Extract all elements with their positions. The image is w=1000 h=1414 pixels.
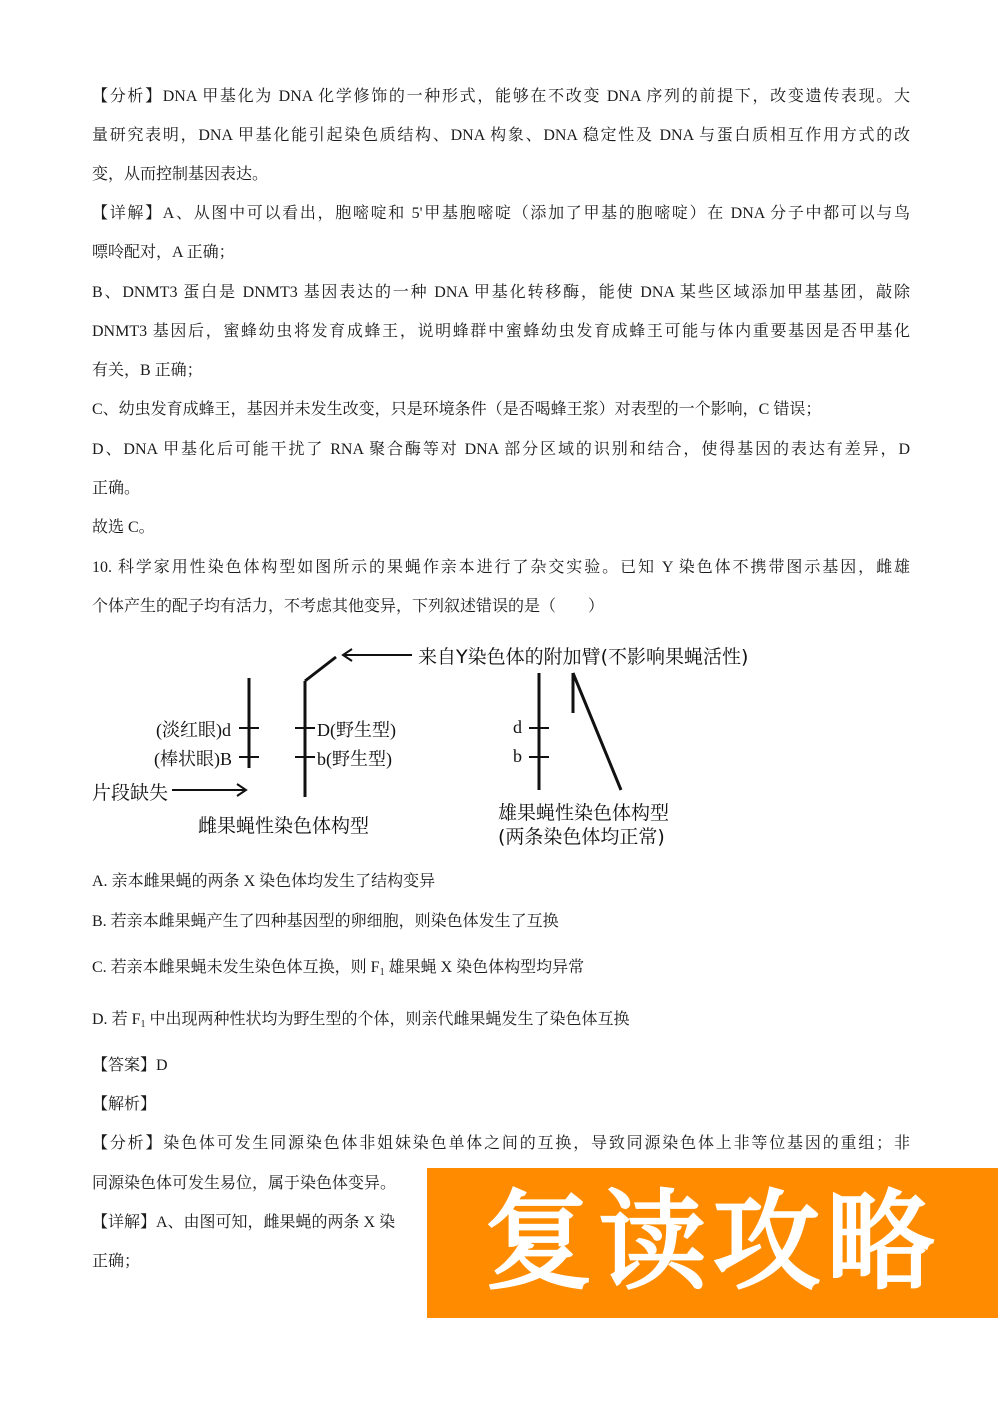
option-d-label: D.: [92, 1011, 108, 1028]
option-c-text-before: 若亲本雌果蝇未发生染色体互换，则 F: [111, 959, 380, 976]
option-c-label: C.: [92, 959, 107, 976]
watermark-banner: 复读攻略: [427, 1168, 998, 1318]
male-caption-note: (两条染色体均正常): [498, 822, 665, 849]
chromosome-lines: [0, 0, 1000, 860]
gene-label-b-wild: b(野生型): [317, 745, 392, 771]
option-d-text-before: 若 F: [112, 1011, 141, 1028]
gene-label-B-bar: (棒状眼)B: [154, 745, 232, 771]
male-gene-d: d: [513, 717, 522, 738]
male-gene-b: b: [513, 746, 522, 767]
gene-label-D-wild: D(野生型): [317, 716, 396, 742]
option-c[interactable]: C. 若亲本雌果蝇未发生染色体互换，则 F1 雄果蝇 X 染色体构型均异常: [92, 958, 584, 983]
option-d-text-after: 中出现两种性状均为野生型的个体，则亲代雌果蝇发生了染色体互换: [145, 1011, 629, 1028]
y-arm-label: 来自Y染色体的附加臂(不影响果蝇活性): [418, 642, 748, 669]
male-caption: 雄果蝇性染色体构型: [498, 798, 669, 825]
option-b-text: 若亲本雌果蝇产生了四种基因型的卵细胞，则染色体发生了互换: [111, 913, 559, 930]
q10-detail-line-2: 正确；: [92, 1252, 140, 1272]
watermark-text: 复读攻略: [484, 1189, 940, 1297]
q10-analysis-line-2: 同源染色体可发生易位，属于染色体变异。: [92, 1174, 396, 1194]
female-caption: 雌果蝇性染色体构型: [198, 811, 369, 838]
option-c-text-after: 雄果蝇 X 染色体构型均异常: [385, 959, 585, 976]
option-d[interactable]: D. 若 F1 中出现两种性状均为野生型的个体，则亲代雌果蝇发生了染色体互换: [92, 1010, 629, 1035]
option-b[interactable]: B. 若亲本雌果蝇产生了四种基因型的卵细胞，则染色体发生了互换: [92, 912, 559, 932]
deletion-label: 片段缺失: [92, 778, 168, 805]
answer: 【答案】D: [92, 1056, 168, 1076]
option-b-label: B.: [92, 913, 107, 930]
option-a[interactable]: A. 亲本雌果蝇的两条 X 染色体均发生了结构变异: [92, 872, 435, 892]
q10-analysis-line-1: 【分析】染色体可发生同源染色体非姐妹染色单体之间的互换，导致同源染色体上非等位基…: [92, 1134, 910, 1154]
option-a-label: A.: [92, 873, 108, 890]
option-a-text: 亲本雌果蝇的两条 X 染色体均发生了结构变异: [112, 873, 436, 890]
gene-label-d-pale-red: (淡红眼)d: [156, 716, 231, 742]
q10-detail-line-1: 【详解】A、由图可知，雌果蝇的两条 X 染: [92, 1213, 395, 1233]
explanation-header: 【解析】: [92, 1095, 156, 1115]
